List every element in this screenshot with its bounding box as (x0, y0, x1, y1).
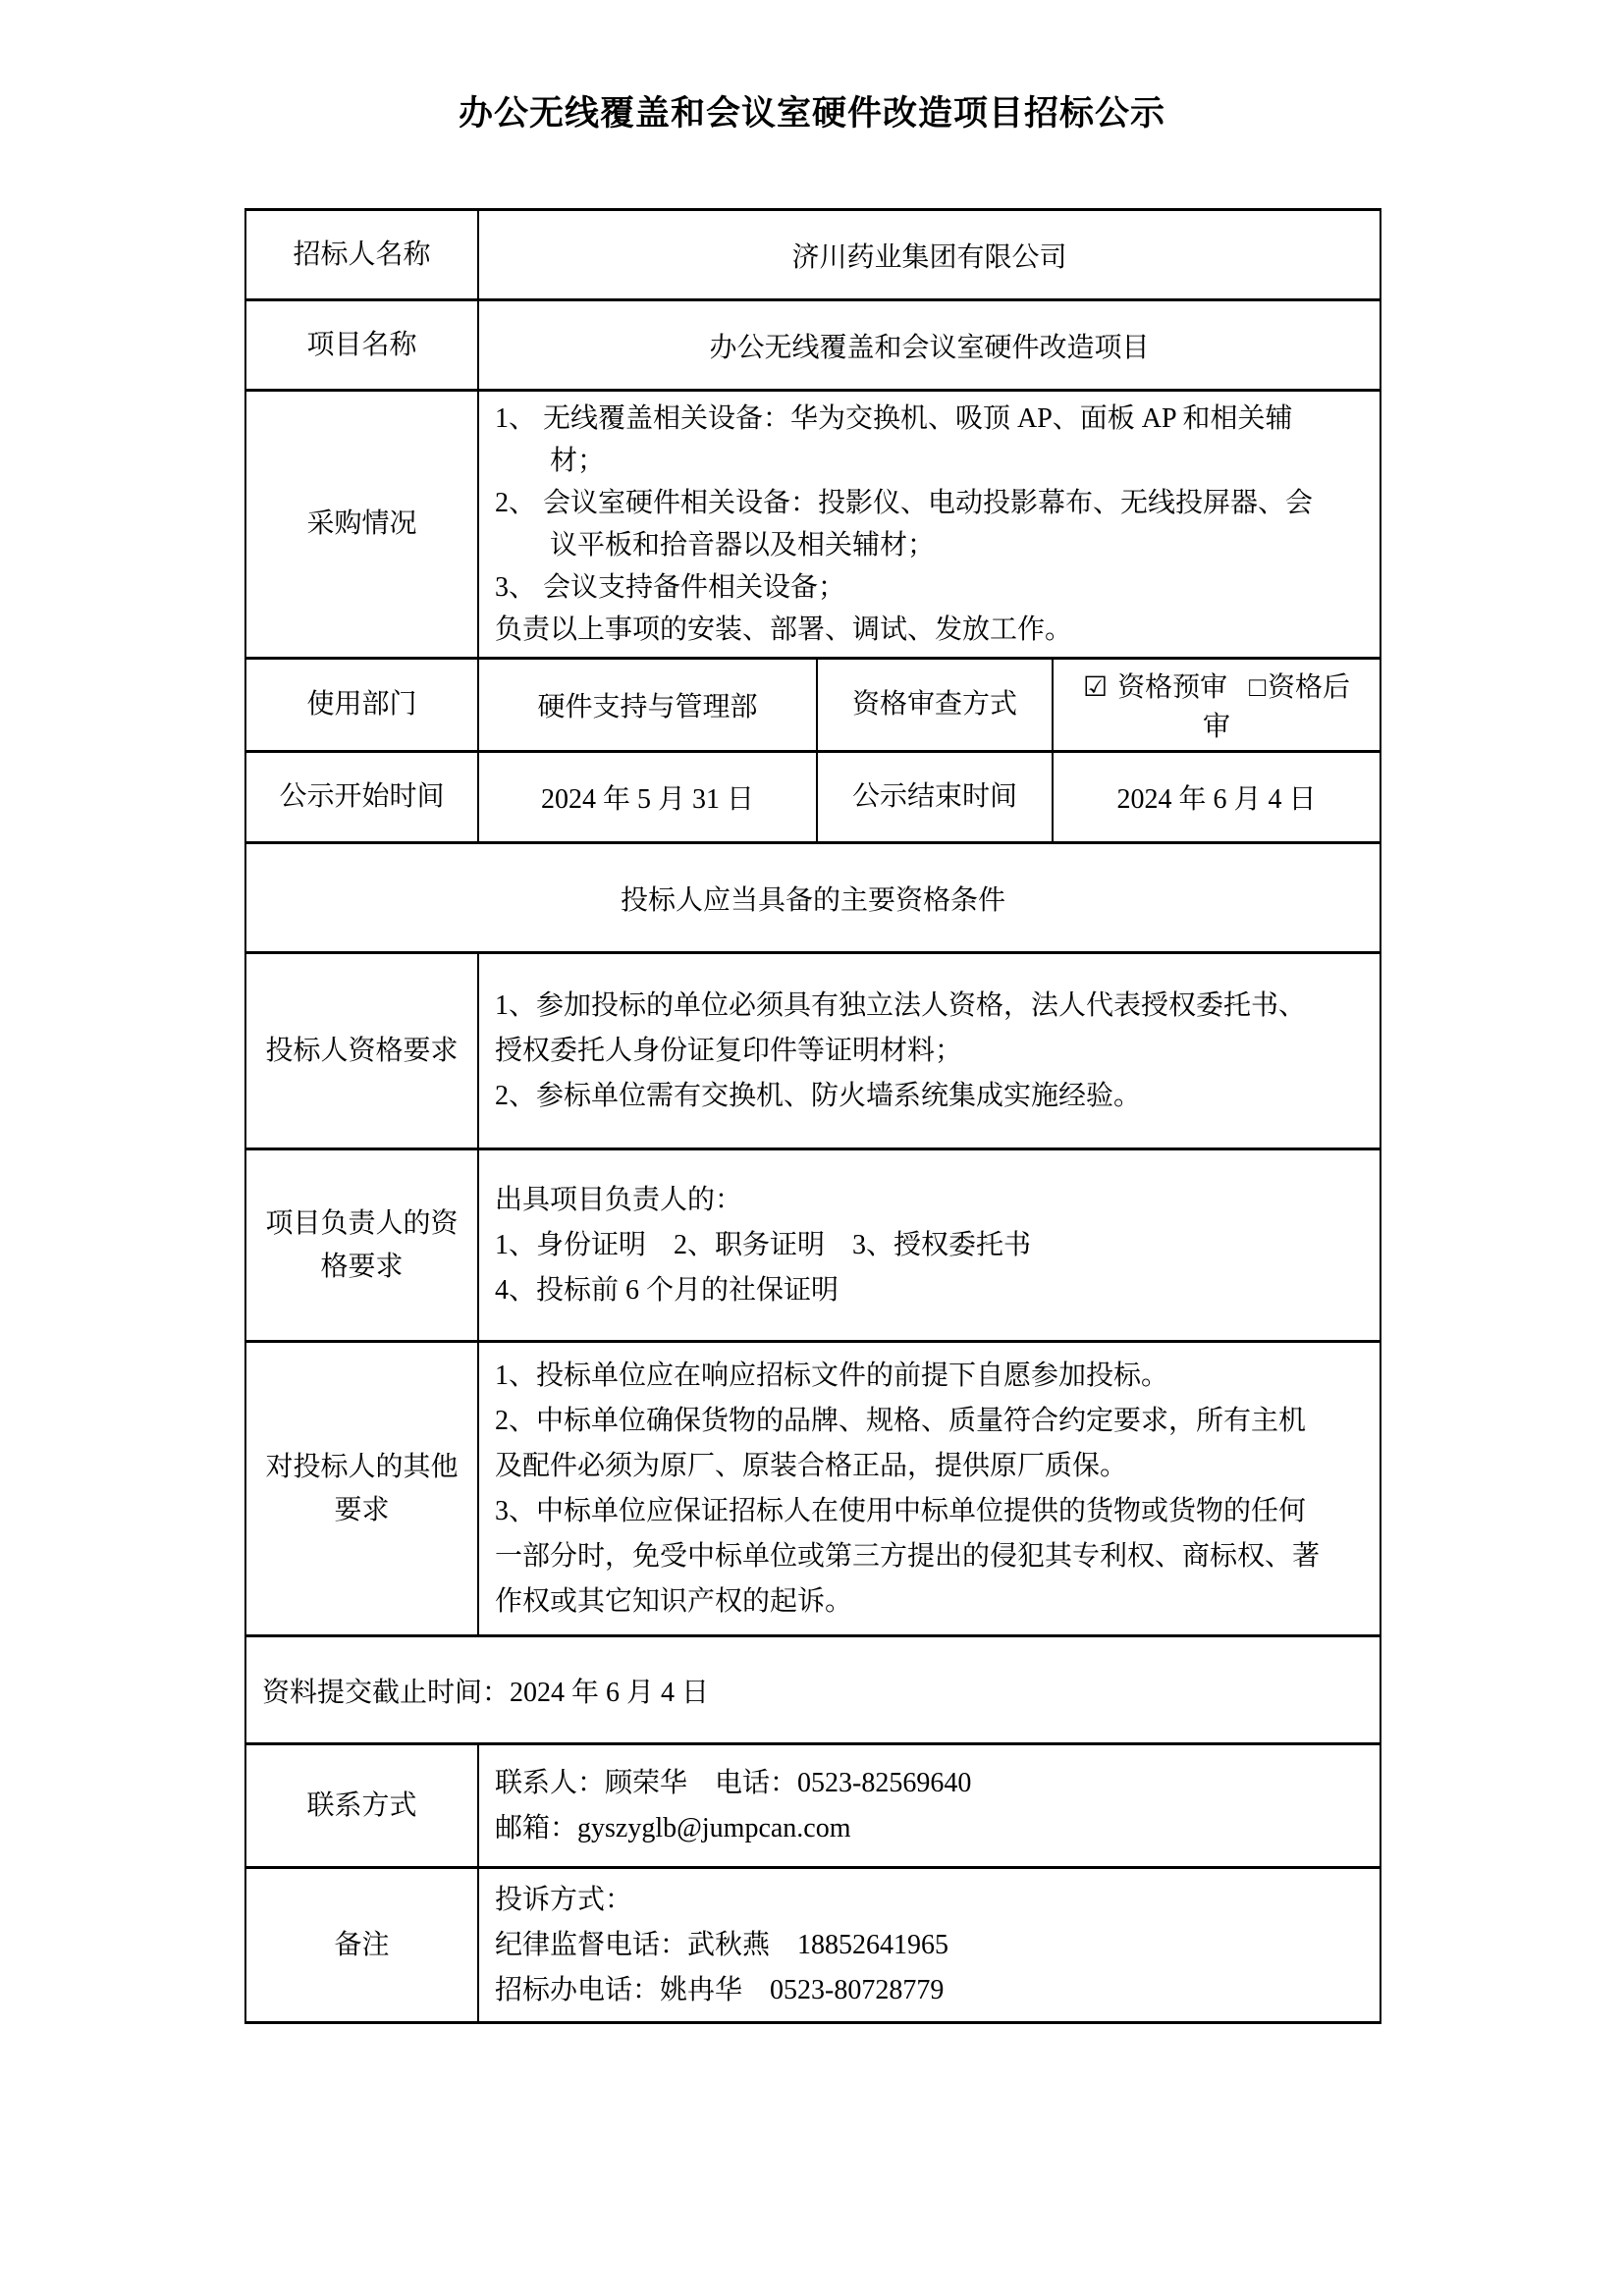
bidder-qualification-text: 1、参加投标的单位必须具有独立法人资格，法人代表授权委托书、 授权委托人身份证复… (495, 984, 1364, 1119)
bidder-name-value: 济川药业集团有限公司 (478, 210, 1380, 300)
qualification-header: 投标人应当具备的主要资格条件 (245, 843, 1380, 953)
unchecked-checkbox-icon: □ (1249, 672, 1266, 704)
department-label: 使用部门 (245, 659, 478, 752)
publicity-start-value: 2024 年 5 月 31 日 (478, 752, 817, 843)
contact-row: 联系方式 联系人：顾荣华 电话：0523-82569640 邮箱：gyszygl… (245, 1744, 1380, 1868)
deadline-row: 资料提交截止时间：2024 年 6 月 4 日 (245, 1636, 1380, 1744)
checked-checkbox-icon: ☑ (1083, 670, 1108, 704)
manager-qualification-label: 项目负责人的资 格要求 (245, 1149, 478, 1342)
procurement-item: 1、 无线覆盖相关设备：华为交换机、吸顶 AP、面板 AP 和相关辅 材； (495, 398, 1364, 482)
bidder-qualification-content: 1、参加投标的单位必须具有独立法人资格，法人代表授权委托书、 授权委托人身份证复… (478, 953, 1380, 1149)
prequalification-option-label: 资格预审 (1117, 672, 1227, 703)
qualification-header-row: 投标人应当具备的主要资格条件 (245, 843, 1380, 953)
project-name-value: 办公无线覆盖和会议室硬件改造项目 (478, 300, 1380, 391)
procurement-item: 2、 会议室硬件相关设备：投影仪、电动投影幕布、无线投屏器、会 议平板和拾音器以… (495, 482, 1364, 566)
bidder-name-row: 招标人名称 济川药业集团有限公司 (245, 210, 1380, 300)
manager-qualification-text: 出具项目负责人的： 1、身份证明 2、职务证明 3、授权委托书 4、投标前 6 … (495, 1178, 1364, 1313)
publicity-time-row: 公示开始时间 2024 年 5 月 31 日 公示结束时间 2024 年 6 月… (245, 752, 1380, 843)
remarks-text: 投诉方式： 纪律监督电话：武秋燕 18852641965 招标办电话：姚冉华 0… (495, 1878, 1364, 2013)
bid-announcement-table: 招标人名称 济川药业集团有限公司 项目名称 办公无线覆盖和会议室硬件改造项目 采… (244, 208, 1381, 2024)
department-review-row: 使用部门 硬件支持与管理部 资格审查方式 ☑资格预审□资格后审 (245, 659, 1380, 752)
page-title: 办公无线覆盖和会议室硬件改造项目招标公示 (0, 86, 1624, 135)
publicity-end-value: 2024 年 6 月 4 日 (1053, 752, 1380, 843)
bidder-name-label: 招标人名称 (245, 210, 478, 300)
other-requirements-text: 1、投标单位应在响应招标文件的前提下自愿参加投标。 2、中标单位确保货物的品牌、… (495, 1354, 1364, 1625)
manager-qualification-row: 项目负责人的资 格要求 出具项目负责人的： 1、身份证明 2、职务证明 3、授权… (245, 1149, 1380, 1342)
project-name-label: 项目名称 (245, 300, 478, 391)
remarks-content: 投诉方式： 纪律监督电话：武秋燕 18852641965 招标办电话：姚冉华 0… (478, 1868, 1380, 2023)
qualification-review-value: ☑资格预审□资格后审 (1053, 659, 1380, 752)
deadline-text: 资料提交截止时间：2024 年 6 月 4 日 (245, 1636, 1380, 1744)
procurement-row: 采购情况 1、 无线覆盖相关设备：华为交换机、吸顶 AP、面板 AP 和相关辅 … (245, 391, 1380, 659)
project-name-row: 项目名称 办公无线覆盖和会议室硬件改造项目 (245, 300, 1380, 391)
other-requirements-content: 1、投标单位应在响应招标文件的前提下自愿参加投标。 2、中标单位确保货物的品牌、… (478, 1342, 1380, 1636)
publicity-start-label: 公示开始时间 (245, 752, 478, 843)
procurement-content: 1、 无线覆盖相关设备：华为交换机、吸顶 AP、面板 AP 和相关辅 材； 2、… (478, 391, 1380, 659)
contact-text: 联系人：顾荣华 电话：0523-82569640 邮箱：gyszyglb@jum… (495, 1761, 1364, 1851)
remarks-row: 备注 投诉方式： 纪律监督电话：武秋燕 18852641965 招标办电话：姚冉… (245, 1868, 1380, 2023)
procurement-note: 负责以上事项的安装、部署、调试、发放工作。 (495, 609, 1364, 651)
manager-qualification-content: 出具项目负责人的： 1、身份证明 2、职务证明 3、授权委托书 4、投标前 6 … (478, 1149, 1380, 1342)
bidder-qualification-row: 投标人资格要求 1、参加投标的单位必须具有独立法人资格，法人代表授权委托书、 授… (245, 953, 1380, 1149)
contact-content: 联系人：顾荣华 电话：0523-82569640 邮箱：gyszyglb@jum… (478, 1744, 1380, 1868)
remarks-label: 备注 (245, 1868, 478, 2023)
other-requirements-row: 对投标人的其他 要求 1、投标单位应在响应招标文件的前提下自愿参加投标。 2、中… (245, 1342, 1380, 1636)
publicity-end-label: 公示结束时间 (817, 752, 1053, 843)
procurement-item: 3、 会议支持备件相关设备； (495, 566, 1364, 609)
bidder-qualification-label: 投标人资格要求 (245, 953, 478, 1149)
document-page: 办公无线覆盖和会议室硬件改造项目招标公示 招标人名称 济川药业集团有限公司 项目… (0, 0, 1624, 2296)
contact-label: 联系方式 (245, 1744, 478, 1868)
department-value: 硬件支持与管理部 (478, 659, 817, 752)
qualification-review-label: 资格审查方式 (817, 659, 1053, 752)
procurement-label: 采购情况 (245, 391, 478, 659)
other-requirements-label: 对投标人的其他 要求 (245, 1342, 478, 1636)
